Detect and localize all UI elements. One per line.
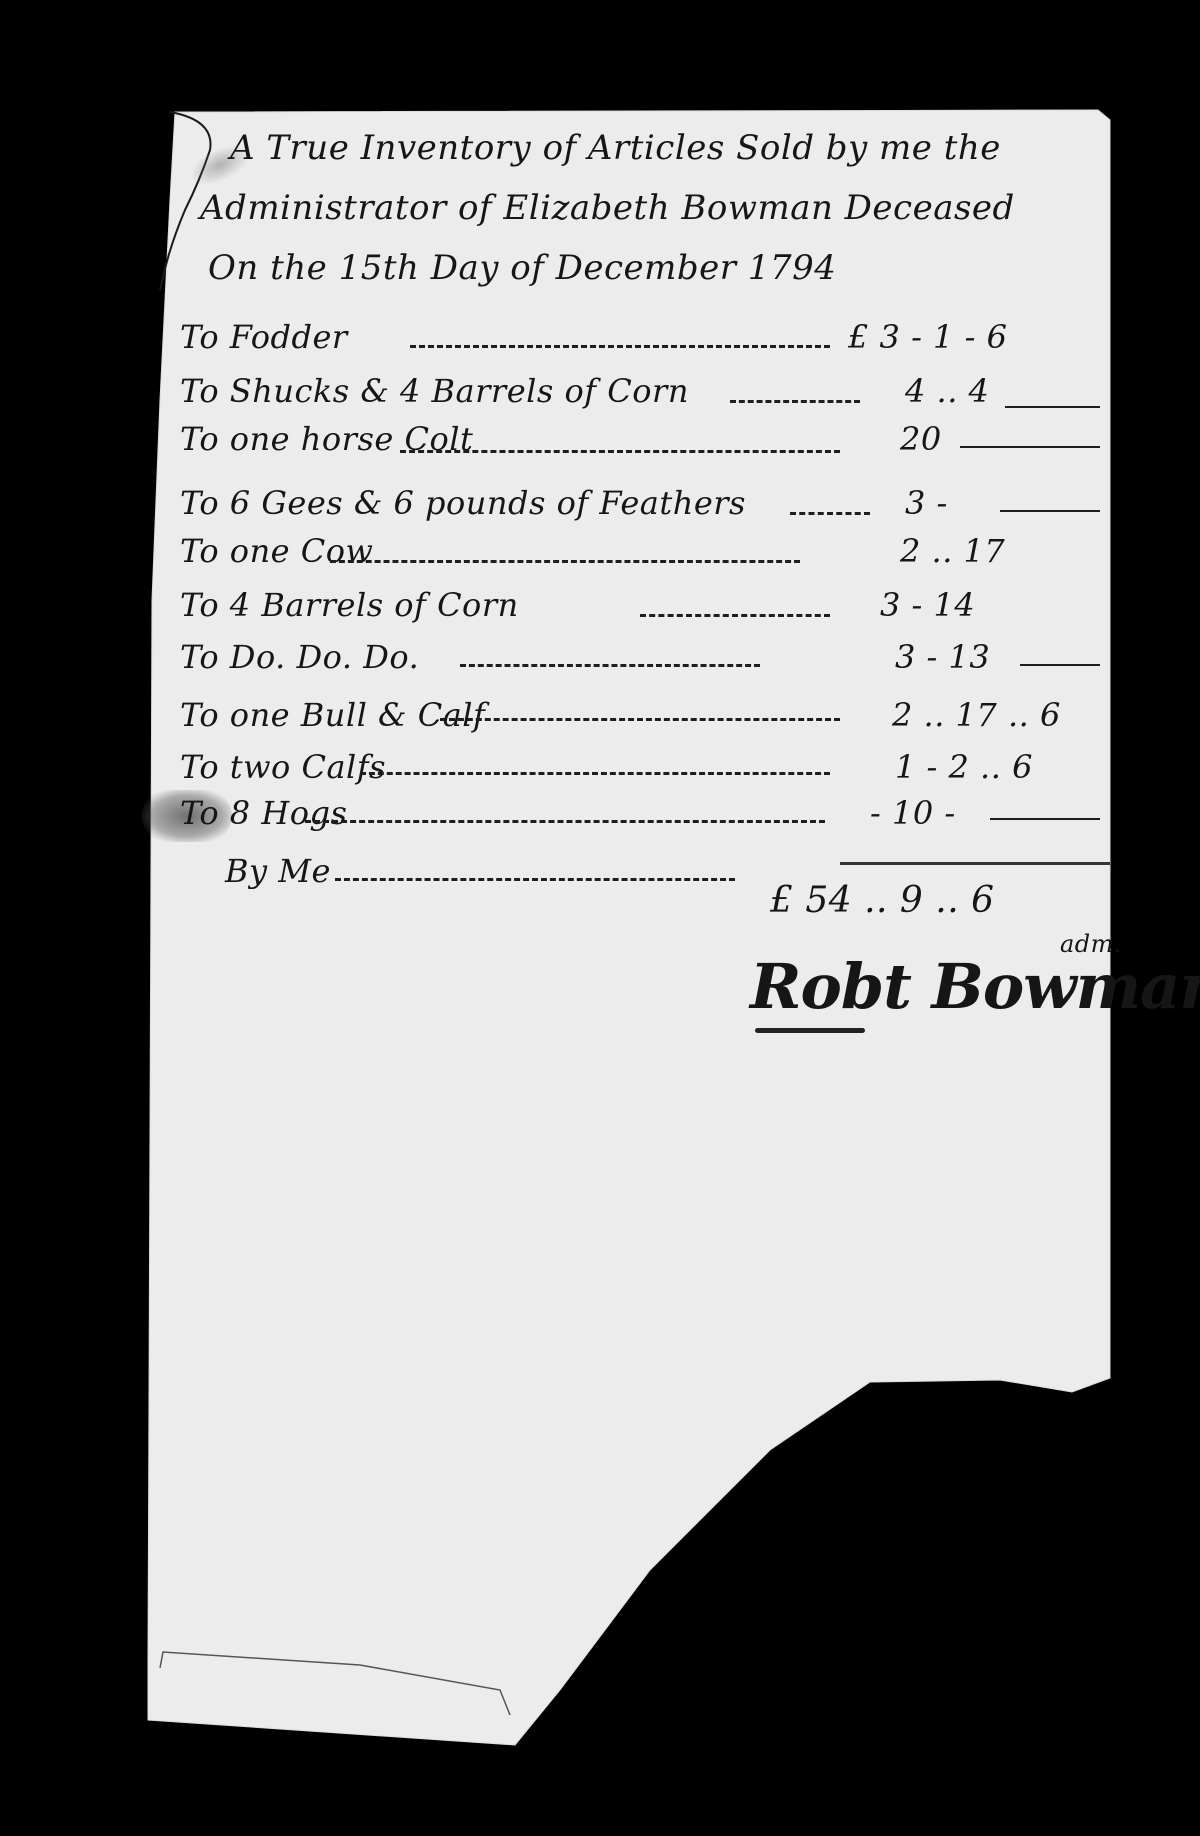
signature-title: adm. — [1060, 930, 1122, 958]
leader-line — [990, 818, 1100, 820]
item-description: To one Bull & Calf — [180, 696, 485, 734]
item-amount: 4 .. 4 — [905, 372, 989, 410]
leader-line — [1020, 664, 1100, 666]
item-description: To 4 Barrels of Corn — [180, 586, 519, 624]
item-amount: 3 - — [905, 484, 948, 522]
item-description: To Do. Do. Do. — [180, 638, 419, 676]
leader-line — [730, 400, 860, 403]
item-description: To Shucks & 4 Barrels of Corn — [180, 372, 689, 410]
item-description: To two Calfs — [180, 748, 386, 786]
leader-line — [330, 560, 800, 563]
leader-line — [460, 664, 760, 667]
signature-name: Robt Bowman — [750, 950, 1200, 1023]
item-description: To Fodder — [180, 318, 348, 356]
leader-line — [410, 345, 830, 348]
total-rule — [840, 862, 1110, 865]
header-line-1: A True Inventory of Articles Sold by me … — [230, 128, 1001, 168]
item-amount: 2 .. 17 .. 6 — [892, 696, 1061, 734]
item-amount: 2 .. 17 — [900, 532, 1005, 570]
leader-line — [790, 512, 870, 515]
leader-line — [440, 718, 840, 721]
item-description: To 8 Hogs — [180, 794, 347, 832]
item-amount: 20 — [900, 420, 942, 458]
leader-line — [305, 820, 825, 823]
header-line-2: Administrator of Elizabeth Bowman Deceas… — [200, 188, 1015, 228]
item-amount: £ 3 - 1 - 6 — [848, 318, 1007, 356]
item-amount: - 10 - — [870, 794, 956, 832]
leader-line — [400, 450, 840, 453]
total-amount: £ 54 .. 9 .. 6 — [770, 880, 995, 921]
inventory-document: A True Inventory of Articles Sold by me … — [0, 0, 1200, 1836]
header-line-3: On the 15th Day of December 1794 — [208, 248, 836, 288]
item-amount: 3 - 13 — [895, 638, 990, 676]
item-amount: 3 - 14 — [880, 586, 975, 624]
leader-line — [360, 772, 830, 775]
leader-line — [1005, 406, 1100, 408]
item-description: To one Cow — [180, 532, 373, 570]
item-description: To 6 Gees & 6 pounds of Feathers — [180, 484, 746, 522]
leader-line — [640, 614, 830, 617]
leader-line — [960, 446, 1100, 448]
item-amount: 1 - 2 .. 6 — [895, 748, 1033, 786]
signature-underline — [755, 1028, 865, 1033]
leader-line — [1000, 510, 1100, 512]
closing-label: By Me — [225, 852, 331, 890]
leader-line — [335, 878, 735, 881]
